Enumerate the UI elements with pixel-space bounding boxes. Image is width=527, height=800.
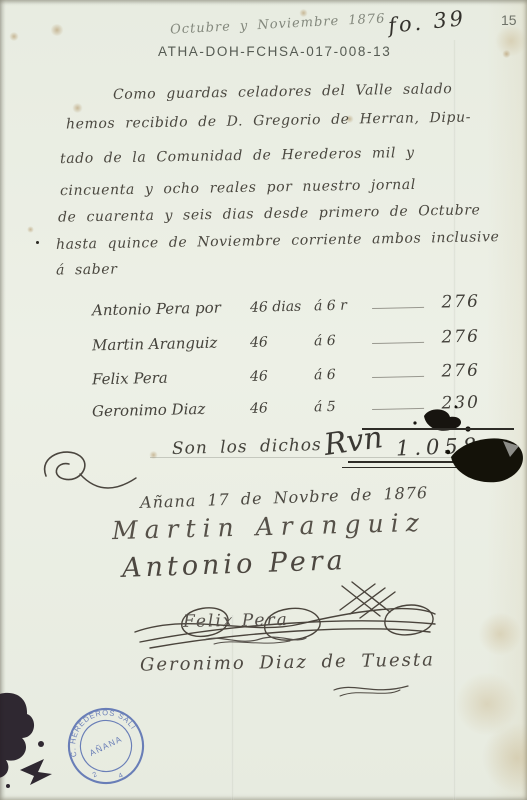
large-ink-blot	[446, 430, 527, 488]
signature-martin-aranguiz: Martin Aranguiz	[112, 508, 426, 545]
payee-name: Geronimo Diaz	[92, 399, 250, 421]
daily-rate: á 6	[314, 366, 370, 383]
ink-speck	[36, 241, 39, 244]
paper-stain	[494, 26, 527, 56]
header-date: Octubre y Noviembre 1876	[170, 11, 386, 37]
place-dateline: Añana 17 de Novbre de 1876	[140, 483, 429, 512]
days-worked: 46	[250, 367, 314, 384]
days-worked: 46 dias	[250, 298, 314, 315]
amount-reales: 276	[432, 361, 480, 382]
foxing-spot	[50, 24, 64, 36]
account-row: Antonio Pera por 46 dias á 6 r 276	[92, 292, 480, 321]
body-line: tado de la Comunidad de Herederos mil y	[60, 145, 415, 167]
stamp-digit: 2	[92, 771, 99, 779]
account-row: Martin Aranguiz 46 á 6 276	[92, 327, 480, 356]
manuscript-page: Octubre y Noviembre 1876 fo. 39 15 ATHA-…	[0, 0, 527, 800]
signature-underline-flourish	[200, 632, 310, 648]
paper-stain	[478, 612, 522, 656]
foxing-spot	[72, 103, 83, 113]
corner-ink-blot	[0, 686, 86, 800]
days-worked: 46	[250, 333, 314, 350]
signature-underline-flourish	[330, 680, 414, 702]
amount-reales: 276	[432, 292, 480, 313]
folio-number: fo. 39	[387, 6, 467, 38]
foxing-spot	[9, 32, 19, 41]
body-line: hasta quince de Noviembre corriente ambo…	[56, 229, 500, 253]
foxing-spot	[27, 226, 34, 233]
body-line: hemos recibido de D. Gregorio de Herran,…	[66, 109, 471, 132]
daily-rate: á 6	[314, 332, 370, 349]
days-worked: 46	[250, 399, 314, 416]
dash-leader	[372, 342, 424, 344]
page-number: 15	[501, 12, 517, 28]
account-row: Felix Pera 46 á 6 276	[92, 361, 480, 390]
rubric-flourish-left	[36, 444, 140, 500]
body-line: cincuenta y ocho reales por nuestro jorn…	[60, 177, 416, 199]
body-line: Como guardas celadores del Valle salado	[113, 81, 453, 103]
stamp-center-text: AÑANA	[88, 733, 124, 757]
payee-name: Martin Aranguiz	[92, 333, 250, 355]
daily-rate: á 5	[314, 398, 370, 415]
total-label: Son los dichos	[172, 435, 322, 459]
daily-rate: á 6 r	[314, 297, 370, 314]
signature-geronimo-diaz: Geronimo Diaz de Tuesta	[140, 649, 435, 675]
amount-reales: 276	[432, 327, 480, 348]
body-line: á saber	[56, 261, 118, 278]
dash-leader	[372, 307, 424, 309]
signature-felix-pera: Felix Pera	[183, 610, 289, 632]
body-line: de cuarenta y seis dias desde primero de…	[58, 202, 481, 225]
payee-name: Antonio Pera por	[92, 298, 250, 320]
payee-name: Felix Pera	[92, 367, 250, 389]
archive-reference-code: ATHA-DOH-FCHSA-017-008-13	[158, 44, 391, 59]
dash-leader	[372, 376, 424, 378]
